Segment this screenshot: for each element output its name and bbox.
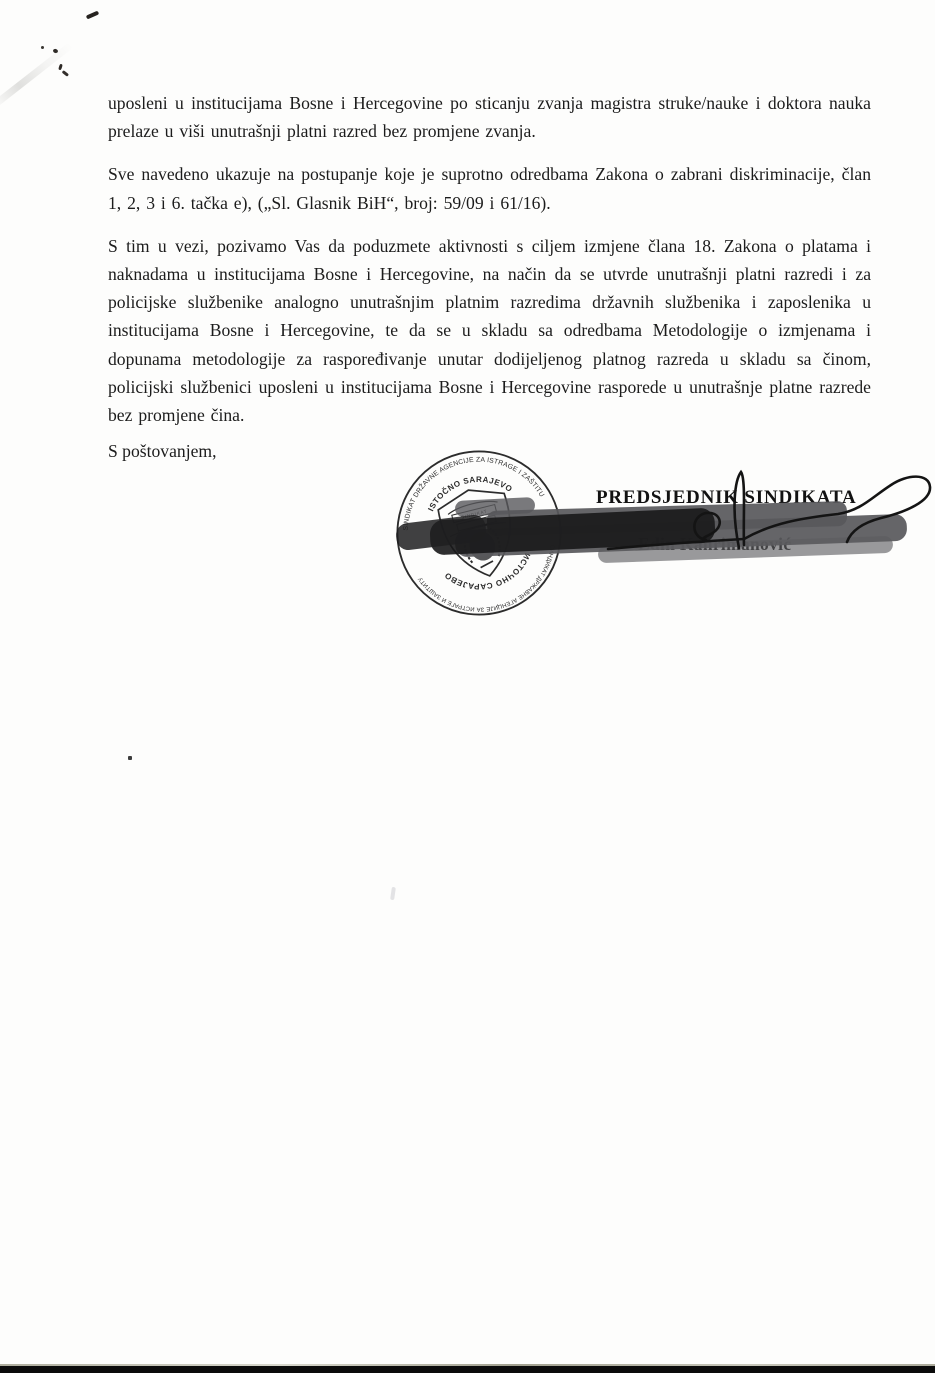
ink-speck-artifact: [58, 64, 63, 71]
scan-smudge-artifact: [390, 887, 396, 900]
scan-streak-artifact: [0, 42, 74, 109]
ink-dash-artifact: [86, 11, 100, 20]
letter-body: uposleni u institucijama Bosne i Hercego…: [108, 89, 871, 444]
paragraph: Sve navedeno ukazuje na postupanje koje …: [108, 160, 871, 216]
paragraph: S tim u vezi, pozivamo Vas da poduzmete …: [108, 232, 871, 429]
ink-dot-artifact: [128, 756, 132, 760]
closing-salutation: S poštovanjem,: [108, 441, 217, 462]
ink-speck-artifact: [62, 70, 69, 76]
scan-edge-artifact: [0, 1366, 935, 1373]
scanned-letter-page: uposleni u institucijama Bosne i Hercego…: [0, 0, 935, 1373]
ink-speck-artifact: [41, 46, 44, 49]
paragraph: uposleni u institucijama Bosne i Hercego…: [108, 89, 871, 145]
